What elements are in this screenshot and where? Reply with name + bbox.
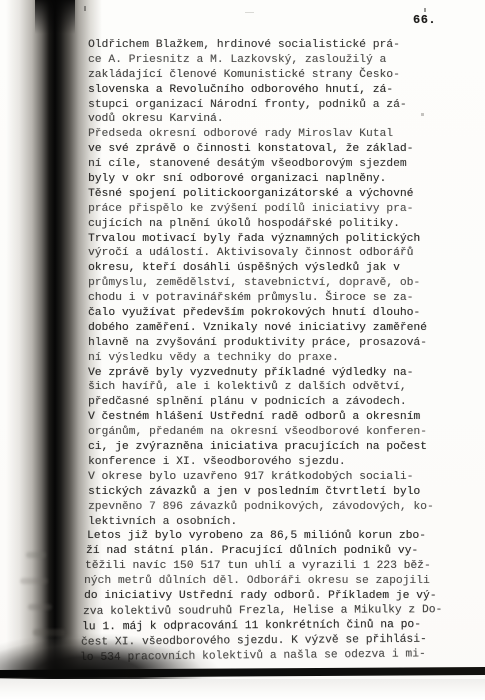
scan-margin-below-page	[0, 679, 485, 700]
text-line: Oldřichem Blažkem, hrdinové socialistick…	[88, 38, 448, 53]
text-line: výročí a událostí. Aktivisovaly činnost …	[88, 246, 448, 261]
text-line: dobého zaměření. Vznikaly nové iniciativ…	[88, 321, 448, 336]
text-line: hlavně na zvyšování produktivity práce, …	[88, 336, 448, 351]
text-line: V čestném hlášení Ustřední radě odborů a…	[88, 410, 448, 425]
text-line: Letos již bylo vyrobeno za 86,5 miliónů …	[87, 529, 448, 544]
page-number: 66.	[413, 13, 436, 27]
text-line: předčasné splnění plánu v podnicích a zá…	[88, 395, 448, 410]
scan-speck	[84, 6, 86, 11]
text-line: orgánům, předaném na okresní všeodborové…	[88, 425, 448, 440]
text-line: vodů okresu Karviná.	[88, 112, 448, 127]
text-line: konference i XI. všeodborového sjezdu.	[88, 455, 448, 470]
text-line: okresu, kteří dosáhli úspěšných výsledků…	[88, 261, 448, 276]
ghost-ink-smudge	[26, 552, 46, 558]
text-line: cujících na plnění úkolů hospodářské pol…	[88, 217, 448, 232]
text-line: ní výsledku vědy a techniky do praxe.	[88, 351, 448, 366]
text-line: chodu i v potravinářském průmyslu. Široc…	[88, 291, 448, 306]
scan-speck	[424, 8, 426, 12]
page-edge-shadow	[0, 667, 485, 678]
text-line: lektivních a osobních.	[88, 515, 448, 530]
text-line: Ve zprávě byly vyzvednuty příkladné výdl…	[88, 366, 448, 381]
scanned-document-page: 66. Oldřichem Blažkem, hrdinové socialis…	[0, 0, 485, 700]
text-line: stupci organizací Národní fronty, podnik…	[88, 98, 448, 113]
scan-speck	[245, 12, 254, 13]
text-line: Předseda okresní odborové rady Miroslav …	[88, 127, 448, 142]
text-line: ží nad státní plán. Pracující důlních po…	[86, 544, 448, 559]
text-line: práce přispělo ke zvýšení podílů iniciat…	[88, 202, 448, 217]
text-line: ve své zprávě o činnosti konstatoval, že…	[88, 142, 448, 157]
text-line: slovenska a Revolučního odborového hnutí…	[88, 83, 448, 98]
text-line: byly v okr sní odborové organizaci napln…	[88, 172, 448, 187]
text-line: ných metrů důlních děl. Odboráři okresu …	[84, 574, 448, 589]
text-line: těžili navíc 150 517 tun uhlí a vyrazili…	[85, 559, 448, 574]
text-line: Trvalou motivací byly řada významných po…	[88, 232, 448, 247]
text-line: Těsné spojení politickoorganizátorské a …	[88, 187, 448, 202]
text-line: ní cíle, stanovené desátým všeodborovým …	[88, 157, 448, 172]
text-line: průmyslu, zemědělství, stavebnictví, dop…	[88, 276, 448, 291]
body-text: Oldřichem Blažkem, hrdinové socialistick…	[88, 38, 448, 663]
text-line: šich havířů, ale i kolektivů z dalších o…	[88, 380, 448, 395]
text-line: čalo využívat především pokrokových hnut…	[88, 306, 448, 321]
text-line: ce A. Priesnitz a M. Lazkovský, zaslouži…	[88, 53, 448, 68]
text-line: stických závazků a jen v posledním čtvrt…	[88, 485, 448, 500]
text-line: V okrese bylo uzavřeno 917 krátkodobých …	[88, 470, 448, 485]
text-line: zpevněno 7 896 závazků podnikových, závo…	[88, 500, 448, 515]
text-line: zakládající členové Komunistické strany …	[88, 68, 448, 83]
ghost-ink-smudge	[20, 578, 48, 584]
text-line: ci, je zvýrazněna iniciativa pracujících…	[88, 440, 448, 455]
